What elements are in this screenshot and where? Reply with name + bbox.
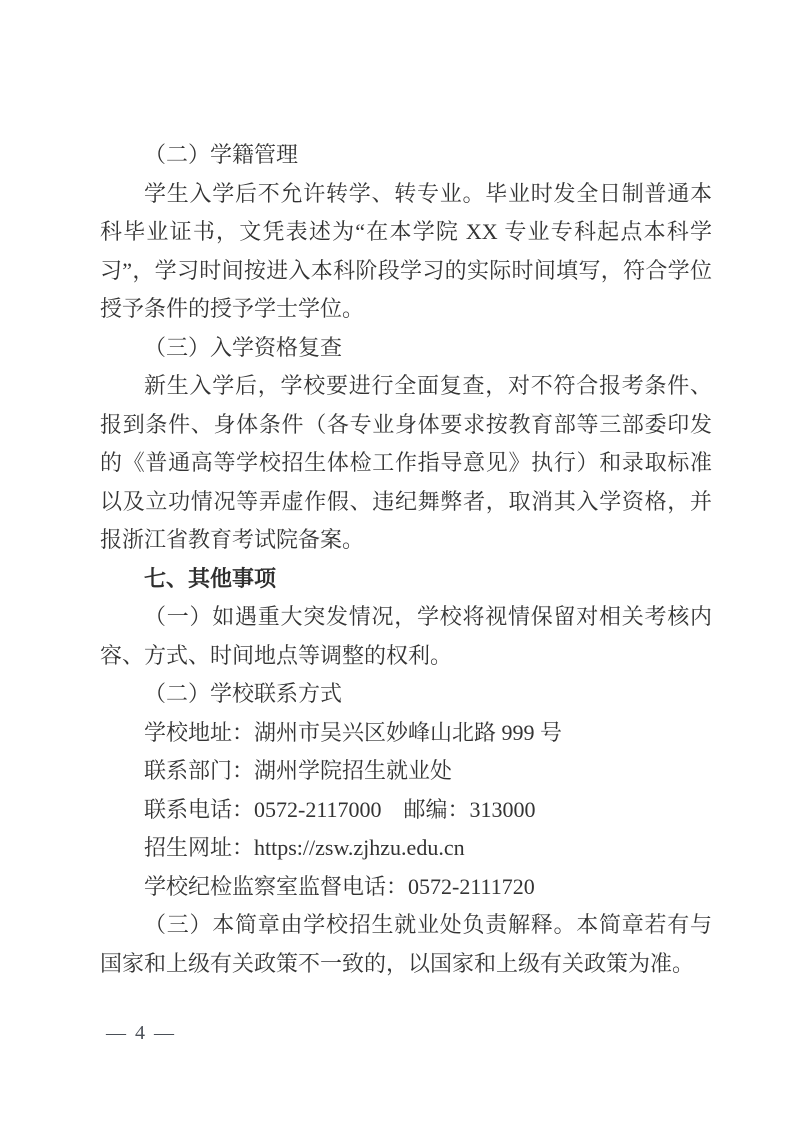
para-ruxue-zige-fucha: 新生入学后，学校要进行全面复查，对不符合报考条件、报到条件、身体条件（各专业身体… <box>100 367 712 560</box>
subheading-ruxue-zige-fucha: （三）入学资格复查 <box>100 329 712 368</box>
page-number: — 4 — <box>106 1022 176 1045</box>
para-xueji-guanli: 学生入学后不允许转学、转专业。毕业时发全日制普通本科毕业证书，文凭表述为“在本学… <box>100 175 712 329</box>
contact-line-website: 招生网址：https://zsw.zjhzu.edu.cn <box>100 829 712 868</box>
heading-qita-shixiang: 七、其他事项 <box>100 560 712 599</box>
para-tufa-qingkuang: （一）如遇重大突发情况，学校将视情保留对相关考核内容、方式、时间地点等调整的权利… <box>100 598 712 675</box>
contact-line-address: 学校地址：湖州市吴兴区妙峰山北路 999 号 <box>100 714 712 753</box>
contact-line-phone-postcode: 联系电话：0572-2117000 邮编：313000 <box>100 791 712 830</box>
contact-line-department: 联系部门：湖州学院招生就业处 <box>100 752 712 791</box>
contact-line-supervision-phone: 学校纪检监察室监督电话：0572-2111720 <box>100 868 712 907</box>
subheading-xueji-guanli: （二）学籍管理 <box>100 136 712 175</box>
para-jianzhang-jieshi: （三）本简章由学校招生就业处负责解释。本简章若有与国家和上级有关政策不一致的，以… <box>100 906 712 983</box>
subheading-lianxi-fangshi: （二）学校联系方式 <box>100 675 712 714</box>
document-page: （二）学籍管理 学生入学后不允许转学、转专业。毕业时发全日制普通本科毕业证书，文… <box>0 0 800 1132</box>
document-body: （二）学籍管理 学生入学后不允许转学、转专业。毕业时发全日制普通本科毕业证书，文… <box>100 136 712 983</box>
